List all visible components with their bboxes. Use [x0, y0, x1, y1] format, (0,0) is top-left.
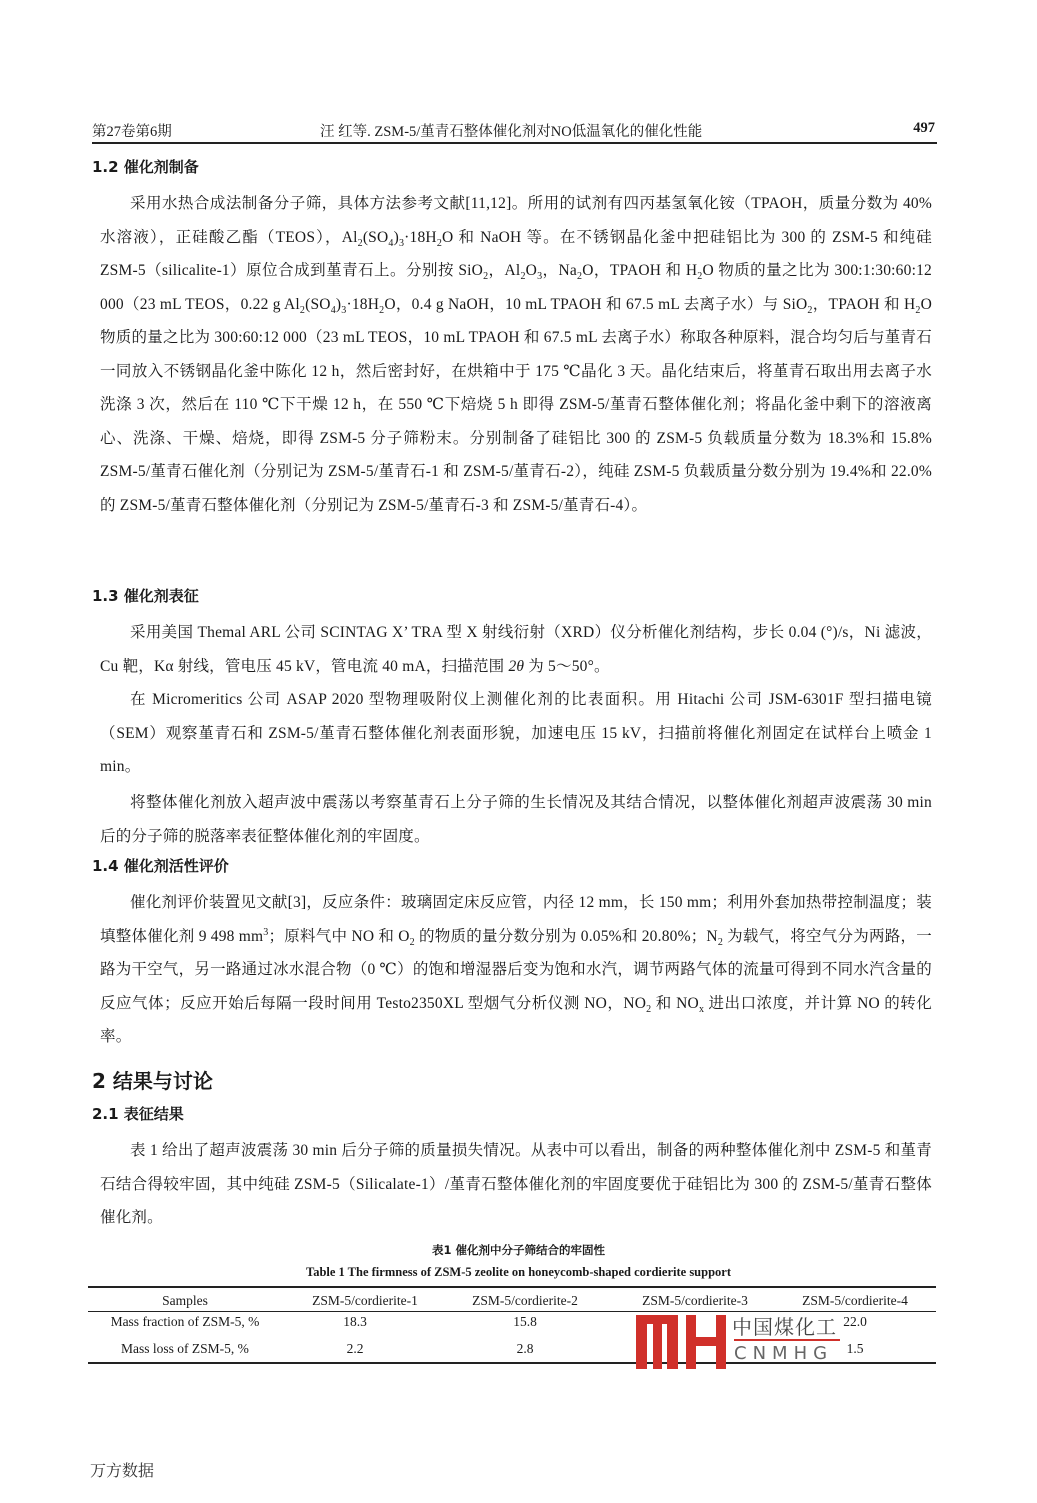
- watermark-rule: [734, 1339, 840, 1341]
- footer-source: 万方数据: [90, 1458, 154, 1481]
- paragraph-activity-evaluation: 催化剂评价装置见文献[3]，反应条件：玻璃固定床反应管，内径 12 mm，长 1…: [100, 886, 932, 1054]
- watermark-text-cn: 中国煤化工: [732, 1311, 837, 1340]
- row-label: Mass fraction of ZSM-5, %: [90, 1314, 280, 1330]
- header-cell: ZSM-5/cordierite-4: [770, 1293, 940, 1309]
- header-rule: [92, 142, 937, 144]
- header-cell: ZSM-5/cordierite-2: [435, 1293, 615, 1309]
- watermark: 中国煤化工 CNMHG: [636, 1311, 856, 1371]
- paragraph-xrd: 采用美国 Themal ARL 公司 SCINTAG X’ TRA 型 X 射线…: [100, 616, 932, 683]
- row-label: Mass loss of ZSM-5, %: [90, 1341, 280, 1357]
- cell-value: 18.3: [275, 1314, 435, 1330]
- paper-page: 第27卷第6期 汪 红等. ZSM-5/堇青石整体催化剂对NO低温氧化的催化性能…: [0, 0, 1037, 1503]
- cell-value: 2.2: [275, 1341, 435, 1357]
- cell-value: 15.8: [435, 1314, 615, 1330]
- header-cell: ZSM-5/cordierite-1: [275, 1293, 455, 1309]
- page-number: 497: [913, 120, 935, 137]
- article-title: 汪 红等. ZSM-5/堇青石整体催化剂对NO低温氧化的催化性能: [320, 120, 702, 141]
- section-heading-2: 2 结果与讨论: [92, 1065, 213, 1094]
- paragraph-bet-sem: 在 Micromeritics 公司 ASAP 2020 型物理吸附仪上测催化剂…: [100, 683, 932, 784]
- table-title-cn: 表1 催化剂中分子筛结合的牢固性: [0, 1242, 1037, 1258]
- section-heading-2-1: 2.1 表征结果: [92, 1103, 184, 1124]
- journal-issue: 第27卷第6期: [92, 120, 172, 141]
- section-heading-1-2: 1.2 催化剂制备: [92, 156, 199, 177]
- header-cell: ZSM-5/cordierite-3: [605, 1293, 785, 1309]
- cell-value: 2.8: [435, 1341, 615, 1357]
- table-top-rule: [88, 1286, 936, 1288]
- section-heading-1-3: 1.3 催化剂表征: [92, 585, 199, 606]
- paragraph-characterization-results: 表 1 给出了超声波震荡 30 min 后分子筛的质量损失情况。从表中可以看出，…: [100, 1134, 932, 1235]
- cnmhg-logo-icon: [636, 1311, 728, 1369]
- paragraph-catalyst-preparation: 采用水热合成法制备分子筛，具体方法参考文献[11,12]。所用的试剂有四丙基氢氧…: [100, 187, 932, 522]
- table-title-en: Table 1 The firmness of ZSM-5 zeolite on…: [0, 1265, 1037, 1280]
- running-header: 第27卷第6期 汪 红等. ZSM-5/堇青石整体催化剂对NO低温氧化的催化性能…: [92, 118, 935, 142]
- paragraph-ultrasonic: 将整体催化剂放入超声波中震荡以考察堇青石上分子筛的生长情况及其结合情况，以整体催…: [100, 786, 932, 853]
- watermark-text-en: CNMHG: [734, 1343, 833, 1364]
- section-heading-1-4: 1.4 催化剂活性评价: [92, 855, 229, 876]
- header-cell: Samples: [90, 1293, 280, 1309]
